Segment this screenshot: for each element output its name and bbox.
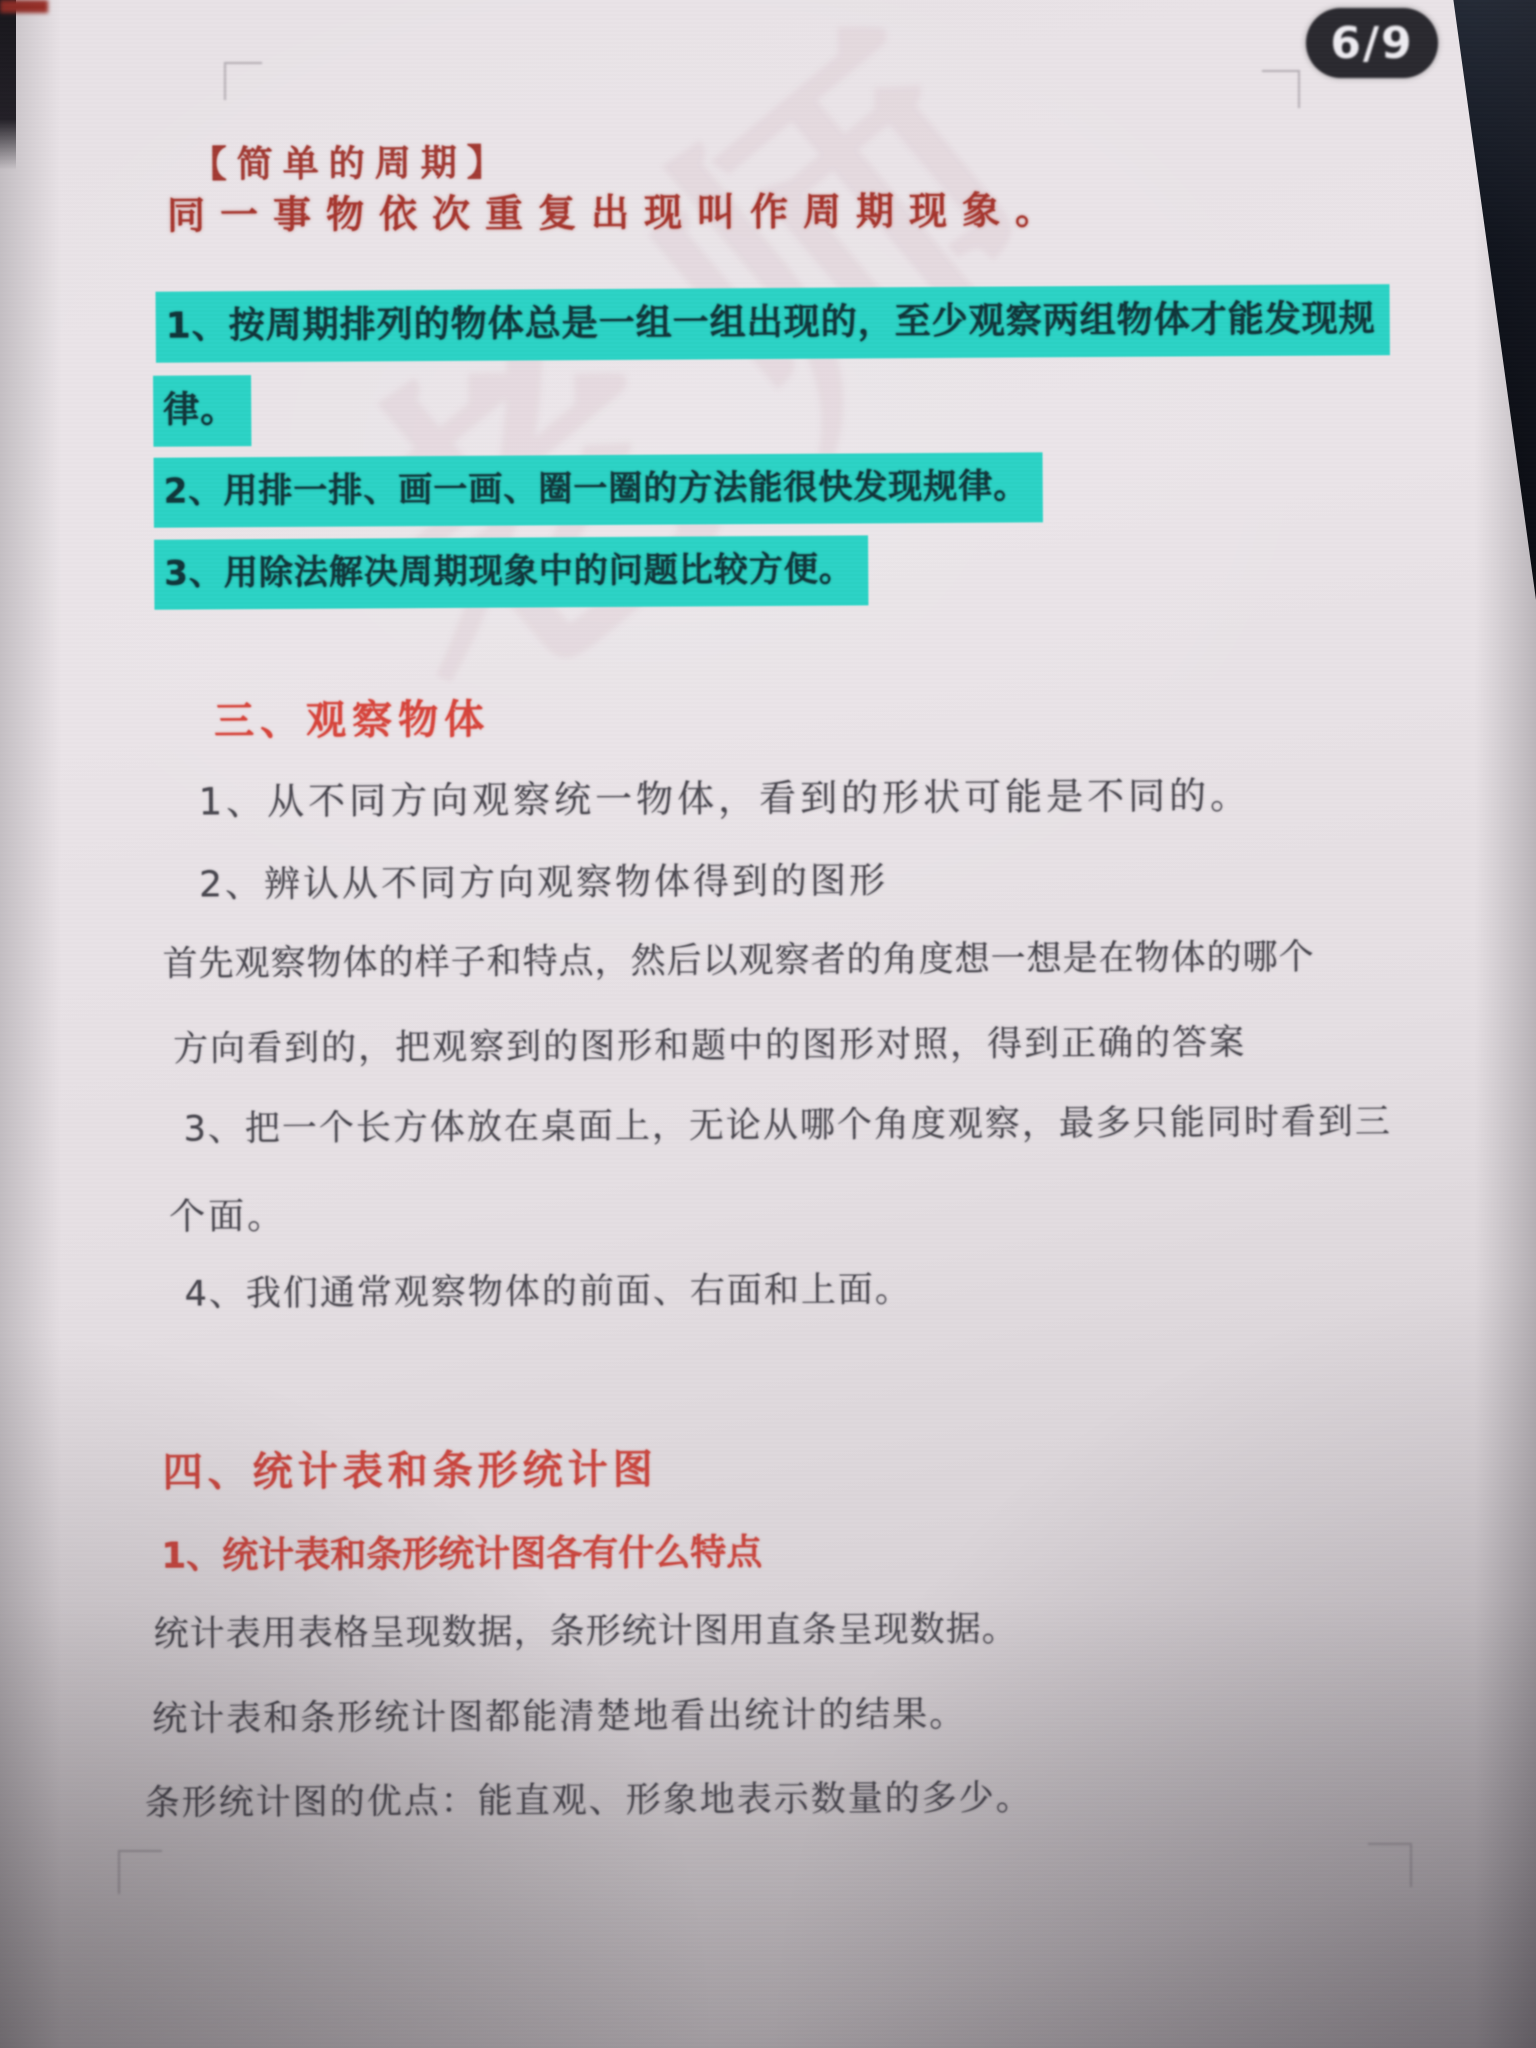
stats-subtitle: 1、统计表和条形统计图各有什么特点 (161, 1524, 762, 1579)
highlighted-note-1-continued: 律。 (153, 381, 251, 433)
observe-paragraph-line-1: 首先观察物体的样子和特点，然后以观察者的角度想一想是在物体的哪个 (162, 930, 1314, 987)
highlight-marker: 3、用除法解决周期现象中的问题比较方便。 (154, 535, 868, 609)
stats-section-title: 四、统计表和条形统计图 (163, 1438, 658, 1498)
photo-dark-edge (0, 0, 16, 170)
observe-section-title: 三、观察物体 (214, 688, 490, 747)
highlight-marker: 律。 (153, 375, 251, 447)
photographed-document-page: 老师 【简单的周期】 同一事物依次重复出现叫作周期现象。 1、按周期排列的物体总… (0, 0, 1536, 2048)
page-indicator-badge: 6/9 (1306, 8, 1438, 78)
observe-point-2: 2、辨认从不同方向观察物体得到的图形 (199, 852, 888, 907)
period-section-title: 【简单的周期】 (191, 135, 513, 188)
document-content: 【简单的周期】 同一事物依次重复出现叫作周期现象。 1、按周期排列的物体总是一组… (0, 0, 1536, 2048)
photo-red-edge-artifact (0, 0, 48, 13)
stats-line-1: 统计表用表格呈现数据，条形统计图用直条呈现数据。 (154, 1601, 1018, 1656)
observe-point-3: 3、把一个长方体放在桌面上，无论从哪个角度观察，最多只能同时看到三 (183, 1094, 1392, 1151)
highlight-marker: 2、用排一排、画一画、圈一圈的方法能很快发现规律。 (154, 452, 1043, 527)
highlight-marker: 1、按周期排列的物体总是一组一组出现的，至少观察两组物体才能发现规 (156, 284, 1390, 363)
observe-point-4: 4、我们通常观察物体的前面、右面和上面。 (184, 1262, 912, 1316)
margin-corner-mark-bottom-right (1368, 1843, 1412, 1887)
stats-line-2: 统计表和条形统计图都能清楚地看出统计的结果。 (152, 1687, 966, 1742)
margin-corner-mark-top-left (224, 62, 262, 100)
observe-point-1: 1、从不同方向观察统一物体，看到的形状可能是不同的。 (198, 765, 1251, 825)
observe-paragraph-line-2: 方向看到的，把观察到的图形和题中的图形对照，得到正确的答案 (173, 1015, 1246, 1072)
period-definition: 同一事物依次重复出现叫作周期现象。 (167, 179, 1068, 240)
observe-point-3-continued: 个面。 (169, 1188, 286, 1240)
highlighted-note-1: 1、按周期排列的物体总是一组一组出现的，至少观察两组物体才能发现规 (156, 290, 1390, 349)
margin-corner-mark-top-right (1262, 70, 1300, 108)
margin-corner-mark-bottom-left (118, 1850, 162, 1894)
highlighted-note-2: 2、用排一排、画一画、圈一圈的方法能很快发现规律。 (154, 458, 1043, 512)
stats-line-3: 条形统计图的优点：能直观、形象地表示数量的多少。 (145, 1770, 1033, 1825)
highlighted-note-3: 3、用除法解决周期现象中的问题比较方便。 (154, 541, 868, 594)
